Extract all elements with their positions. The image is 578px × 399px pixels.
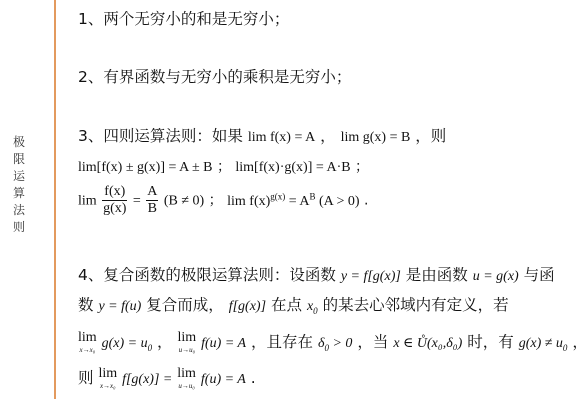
lim-subscript: x→x₀ xyxy=(78,346,97,354)
math-expr: δ0 > 0 xyxy=(318,336,352,351)
power-rhs-exponent: B xyxy=(310,191,316,201)
denominator: g(x) xyxy=(102,201,127,217)
lim-word: lim xyxy=(178,330,197,346)
rule-4-text: 的某去心邻域内有定义，若 xyxy=(323,296,509,314)
lim-word: lim xyxy=(78,194,97,209)
rule-3-heading: 3、四则运算法则：如果 lim f(x) = A ， lim g(x) = B … xyxy=(78,124,446,146)
subscript: 0 xyxy=(148,343,153,353)
section-title-char: 极 xyxy=(11,134,27,151)
math-expr: g(x) ≠ u0 xyxy=(519,336,568,351)
section-title-char: 算 xyxy=(11,185,27,202)
rule-4-text: 数 xyxy=(78,296,94,314)
rule-4-text: 时，有 xyxy=(467,333,514,351)
formula-power: lim f(x)g(x) = AB (A > 0) xyxy=(227,194,359,209)
math-expr: f(u) = A xyxy=(201,372,246,387)
math-expr: f[g(x)] = xyxy=(122,372,172,387)
rule-4-text: 则 xyxy=(78,369,94,387)
rule-3-sep1: ， xyxy=(320,127,336,145)
rule-4-text: 与函 xyxy=(524,266,555,284)
semicolon: ； xyxy=(355,159,369,175)
lim-with-subscript: limu→u₀ xyxy=(177,366,196,390)
rule-4-line4: 则 limx→x₀ f[g(x)] = limu→u₀ f(u) = A . xyxy=(78,366,256,390)
math-expr: f(u) = A xyxy=(201,336,246,351)
section-title-char: 法 xyxy=(11,202,27,219)
formula-product: lim[f(x)·g(x)] = A·B xyxy=(235,160,350,175)
power-exponent: g(x) xyxy=(270,191,285,201)
math-expr: g(x) = u0 xyxy=(102,336,153,351)
section-title-char: 运 xyxy=(11,168,27,185)
lim-subscript: x→x₀ xyxy=(98,382,117,390)
numerator: A xyxy=(146,184,158,201)
rule-4-text: 是由函数 xyxy=(406,266,468,284)
period: . xyxy=(251,369,256,387)
rule-4-text: ，当 xyxy=(357,333,388,351)
rule-4-text: 4、复合函数的极限运算法则：设函数 xyxy=(78,266,336,284)
expr: g(x) = u xyxy=(102,336,148,351)
rule-3-cond1: lim f(x) = A xyxy=(248,130,315,145)
fraction-fx-gx: f(x) g(x) xyxy=(102,184,127,217)
rule-4-line1: 4、复合函数的极限运算法则：设函数 y = f[g(x)] 是由函数 u = g… xyxy=(78,263,555,285)
numerator: f(x) xyxy=(102,184,127,201)
rule-3-heading-text: 3、四则运算法则：如果 xyxy=(78,127,243,145)
math-expr: x0 xyxy=(307,299,318,314)
quotient-condition: (B ≠ 0) xyxy=(164,194,204,209)
rule-4-line3: limx→x₀ g(x) = u0 ， limu→u₀ f(u) = A ，且存… xyxy=(78,330,578,354)
section-title-char: 限 xyxy=(11,151,27,168)
subscript: 0 xyxy=(313,306,318,316)
lim-with-subscript: limx→x₀ xyxy=(98,366,117,390)
rule-3-formulas-line1: lim[f(x) ± g(x)] = A ± B ； lim[f(x)·g(x)… xyxy=(78,156,369,176)
rule-2: 2、有界函数与无穷小的乘积是无穷小； xyxy=(78,65,351,87)
lim-with-subscript: limu→u₀ xyxy=(178,330,197,354)
power-condition: (A > 0) xyxy=(319,194,360,209)
formula-sum: lim[f(x) ± g(x)] = A ± B xyxy=(78,160,212,175)
lim-subscript: u→u₀ xyxy=(177,382,196,390)
math-expr: u = g(x) xyxy=(473,269,519,284)
subscript: 0 xyxy=(563,343,568,353)
period: . xyxy=(364,193,368,209)
rule-4-text: ，且存在 xyxy=(251,333,313,351)
rule-4-line2: 数 y = f(u) 复合而成， f[g(x)] 在点 x0 的某去心邻域内有定… xyxy=(78,293,509,316)
rule-3-sep2: ，则 xyxy=(415,127,446,145)
math-expr: y = f[g(x)] xyxy=(341,269,401,284)
lim-subscript: u→u₀ xyxy=(178,346,197,354)
expr: g(x) ≠ u xyxy=(519,336,563,351)
rule-3-formulas-line2: lim f(x) g(x) = A B (B ≠ 0) ； lim f(x)g(… xyxy=(78,184,368,217)
lim-with-subscript: limx→x₀ xyxy=(78,330,97,354)
rule-1: 1、两个无穷小的和是无穷小； xyxy=(78,7,289,29)
section-title-vertical: 极 限 运 算 法 则 xyxy=(11,134,27,236)
lim-word: lim xyxy=(98,366,117,382)
rule-4-text: ， xyxy=(572,333,578,351)
rule-3-cond2: lim g(x) = B xyxy=(341,130,411,145)
rule-4-text: 在点 xyxy=(271,296,302,314)
section-title-char: 则 xyxy=(11,219,27,236)
math-expr: f[g(x)] xyxy=(229,299,266,314)
vertical-divider xyxy=(54,0,56,399)
power-rhs: = A xyxy=(289,194,310,209)
math-expr: y = f(u) xyxy=(98,299,141,314)
math-expr: x ∈ Ů(x₀,δ₀) xyxy=(393,336,462,351)
fraction-a-b: A B xyxy=(146,184,158,217)
rule-4-text: ， xyxy=(157,333,173,351)
lim-word: lim xyxy=(78,330,97,346)
expr: > 0 xyxy=(329,336,352,351)
rule-4-text: 复合而成， xyxy=(146,296,224,314)
power-base: lim f(x) xyxy=(227,194,270,209)
semicolon: ； xyxy=(217,159,231,175)
denominator: B xyxy=(146,201,158,217)
lim-word: lim xyxy=(177,366,196,382)
semicolon: ； xyxy=(209,193,223,209)
